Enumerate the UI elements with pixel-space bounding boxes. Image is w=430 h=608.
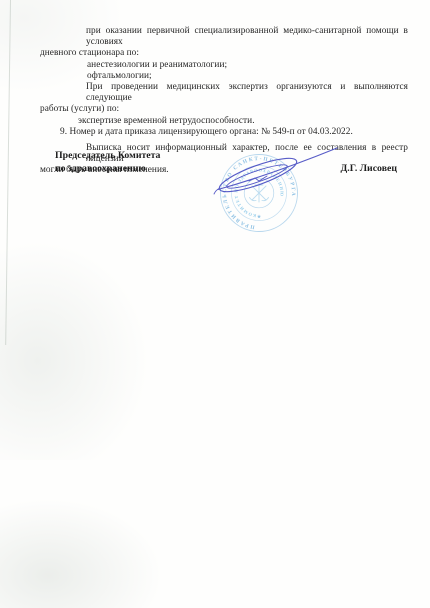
document-line: экспертизе временной нетрудоспособности.: [78, 116, 408, 127]
signature-lead-in: [214, 189, 219, 195]
signer-title-line2: по здравоохранению: [55, 162, 160, 175]
signer-title: Председатель Комитета по здравоохранению: [55, 149, 160, 175]
scan-noise-blob: [0, 240, 150, 460]
document-line: офтальмологии;: [87, 71, 408, 82]
signer-name: Д.Г. Лисовец: [341, 162, 397, 175]
signer-title-line1: Председатель Комитета: [55, 149, 160, 162]
seal-star: ★: [257, 214, 262, 219]
document-line: дневного стационара по:: [40, 48, 408, 59]
seal-inner-circle: [244, 178, 274, 208]
document-line: анестезиологии и реаниматологии;: [87, 60, 408, 71]
document-line: при оказании первичной специализированно…: [86, 26, 408, 48]
document-page: при оказании первичной специализированно…: [0, 0, 430, 608]
scan-noise-blob: [0, 500, 160, 608]
document-line: работы (услуги) по:: [40, 104, 408, 115]
document-line: При проведении медицинских экспертиз орг…: [86, 82, 408, 104]
document-line: 9. Номер и дата приказа лицензирующего о…: [60, 127, 408, 138]
coat-of-arms-emblem: [250, 184, 269, 203]
signature-zigzag: [249, 176, 267, 181]
signature-block: Председатель Комитета по здравоохранению…: [0, 149, 430, 175]
